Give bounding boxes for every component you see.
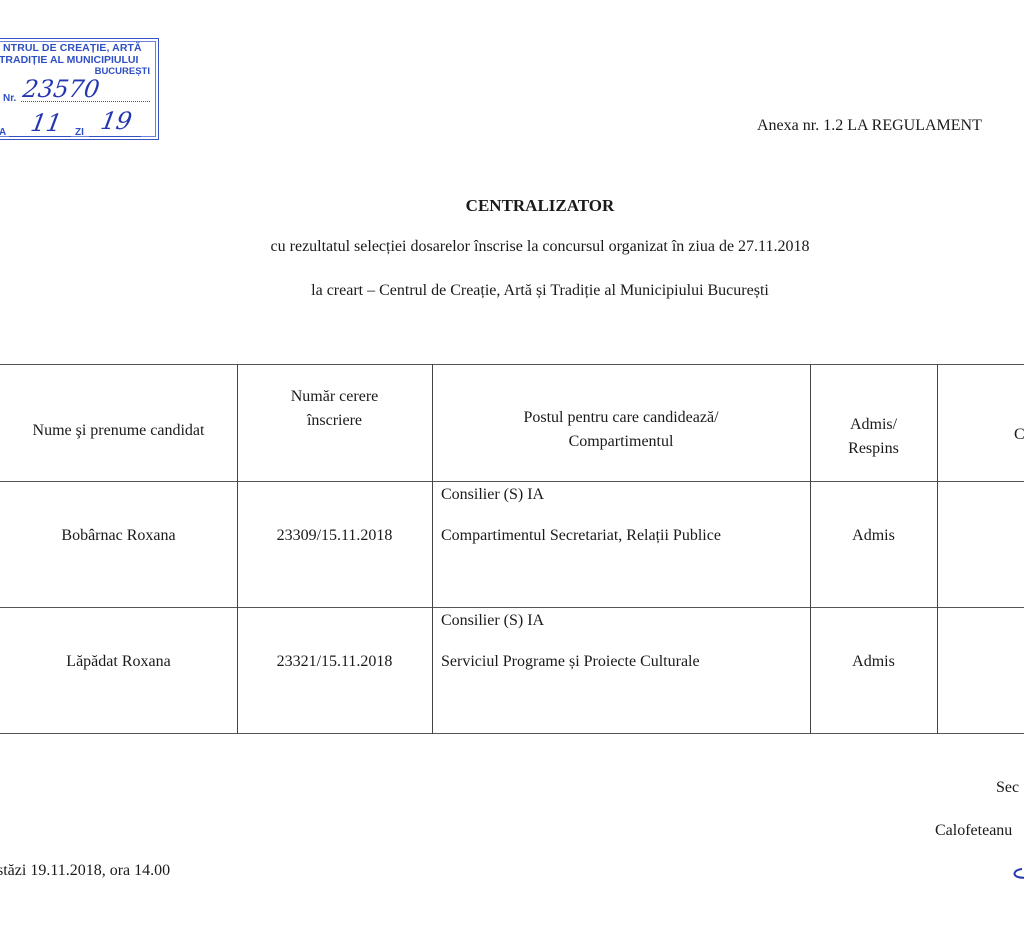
signature-mark bbox=[1010, 865, 1024, 881]
table-border-bottom bbox=[0, 733, 1024, 734]
selection-status: Admis bbox=[810, 525, 937, 547]
header-notes-partial: C bbox=[1014, 424, 1024, 446]
position-title: Consilier (S) IA bbox=[441, 610, 544, 632]
stamp-month-label: A bbox=[0, 127, 6, 138]
header-status-line2: Respins bbox=[810, 438, 937, 460]
header-request-line2: înscriere bbox=[237, 410, 432, 432]
document-subtitle-line2: la creart – Centrul de Creație, Artă și … bbox=[0, 282, 1024, 300]
annex-reference: Anexa nr. 1.2 LA REGULAMENT bbox=[757, 117, 982, 135]
table-column-divider bbox=[937, 364, 938, 734]
stamp-institution-line3: BUCUREȘTI bbox=[95, 66, 150, 77]
candidate-name: Lăpădat Roxana bbox=[0, 651, 237, 673]
header-position-line1: Postul pentru care candidează/ bbox=[432, 407, 810, 429]
table-header-divider bbox=[0, 481, 1024, 482]
header-request-line1: Număr cerere bbox=[237, 386, 432, 408]
header-status-line1: Admis/ bbox=[810, 414, 937, 436]
stamp-institution-line1: NTRUL DE CREAȚIE, ARTĂ bbox=[3, 42, 142, 54]
request-number: 23321/15.11.2018 bbox=[237, 651, 432, 673]
secretary-name: Calofeteanu bbox=[935, 822, 1012, 840]
stamp-number-value: 23570 bbox=[21, 75, 101, 103]
stamp-month-value: 11 bbox=[29, 109, 64, 137]
registration-stamp: NTRUL DE CREAȚIE, ARTĂ TRADIȚIE AL MUNIC… bbox=[0, 38, 159, 140]
secretary-label: Sec bbox=[996, 779, 1019, 797]
selection-status: Admis bbox=[810, 651, 937, 673]
stamp-day-value: 19 bbox=[99, 107, 134, 135]
stamp-institution-line2: TRADIȚIE AL MUNICIPIULUI bbox=[0, 54, 138, 66]
department-name: Serviciul Programe și Proiecte Culturale bbox=[441, 651, 700, 673]
document-title: CENTRALIZATOR bbox=[0, 196, 1024, 216]
table-border-top bbox=[0, 364, 1024, 365]
document-subtitle-line1: cu rezultatul selecției dosarelor înscri… bbox=[0, 238, 1024, 256]
table-row-divider bbox=[0, 607, 1024, 608]
header-position-line2: Compartimentul bbox=[432, 431, 810, 453]
department-name: Compartimentul Secretariat, Relații Publ… bbox=[441, 525, 721, 547]
posting-date: stăzi 19.11.2018, ora 14.00 bbox=[0, 862, 170, 880]
header-name: Nume şi prenume candidat bbox=[0, 420, 237, 442]
stamp-day-label: ZI bbox=[75, 127, 84, 138]
candidate-name: Bobârnac Roxana bbox=[0, 525, 237, 547]
stamp-day-line bbox=[89, 136, 141, 137]
request-number: 23309/15.11.2018 bbox=[237, 525, 432, 547]
stamp-number-label: Nr. bbox=[3, 93, 16, 104]
position-title: Consilier (S) IA bbox=[441, 484, 544, 506]
